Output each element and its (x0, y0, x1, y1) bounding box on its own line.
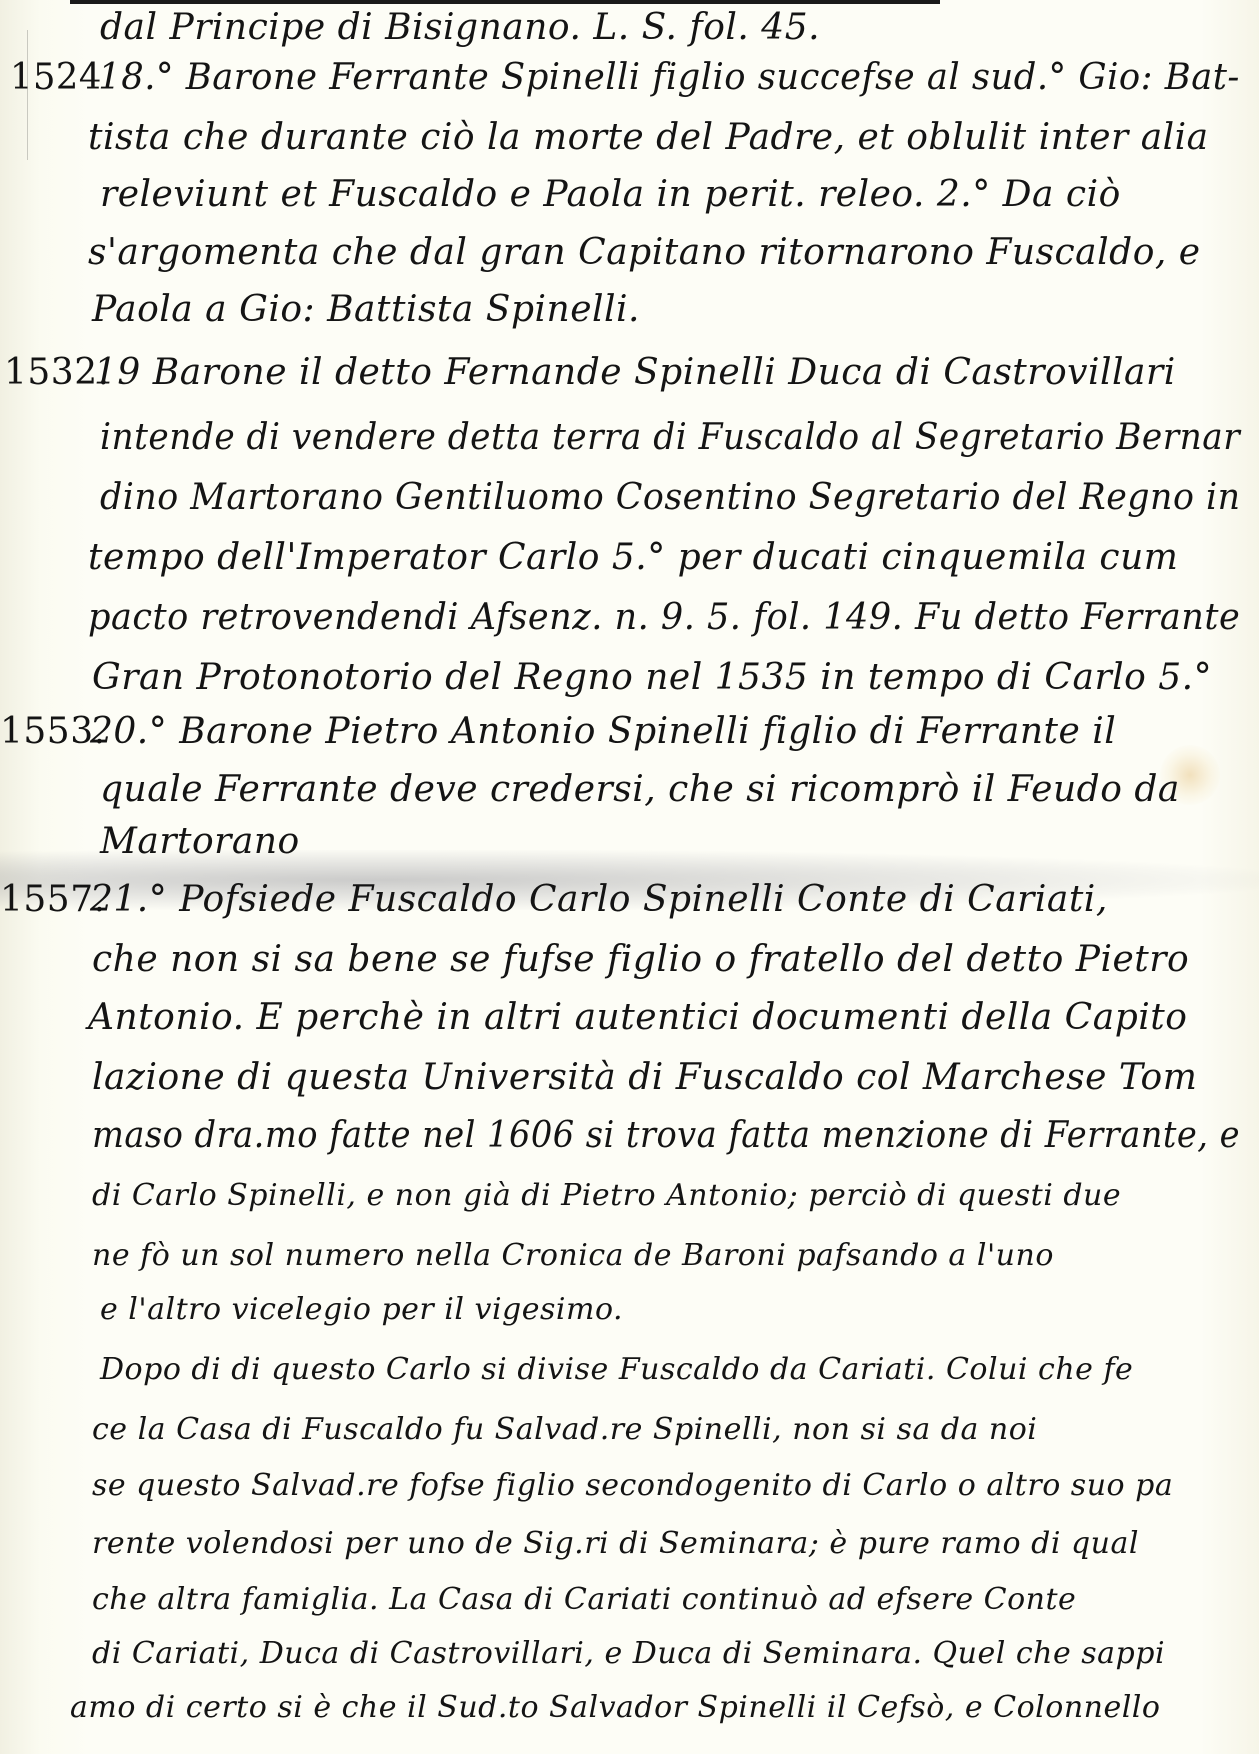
line-text: s'argomenta che dal gran Capitano ritorn… (88, 233, 1201, 273)
line-text: dino Martorano Gentiluomo Cosentino Segr… (100, 478, 1240, 518)
manuscript-line: dal Principe di Bisignano. L. S. fol. 45… (100, 8, 820, 48)
line-text: quale Ferrante deve credersi, che si ric… (100, 770, 1180, 810)
manuscript-line: che altra famiglia. La Casa di Cariati c… (92, 1580, 1076, 1620)
line-text: Antonio. E perchè in altri autentici doc… (88, 998, 1187, 1038)
line-text: rente volendosi per uno de Sig.ri di Sem… (92, 1524, 1139, 1564)
manuscript-line: intende di vendere detta terra di Fuscal… (100, 418, 1240, 458)
manuscript-line: e l'altro vicelegio per il vigesimo. (100, 1290, 623, 1330)
manuscript-page: dal Principe di Bisignano. L. S. fol. 45… (0, 0, 1259, 1754)
manuscript-line: tempo dell'Imperator Carlo 5.° per ducat… (88, 538, 1178, 578)
line-text: intende di vendere detta terra di Fuscal… (100, 418, 1240, 458)
manuscript-line: lazione di questa Università di Fuscaldo… (92, 1058, 1197, 1098)
line-text: Gran Protonotorio del Regno nel 1535 in … (92, 658, 1212, 698)
line-text: tempo dell'Imperator Carlo 5.° per ducat… (88, 538, 1178, 578)
top-border-rule (70, 0, 940, 4)
manuscript-line: 1532.19 Barone il detto Fernande Spinell… (4, 353, 1176, 393)
line-year: 1557. (0, 880, 90, 920)
manuscript-line: Paola a Gio: Battista Spinelli. (92, 290, 640, 330)
manuscript-line: 1553.20.° Barone Pietro Antonio Spinelli… (0, 712, 1116, 752)
line-text: tista che durante ciò la morte del Padre… (88, 118, 1209, 158)
line-year: 1553. (0, 712, 90, 752)
line-text: releviunt et Fuscaldo e Paola in perit. … (100, 175, 1121, 215)
manuscript-line: quale Ferrante deve credersi, che si ric… (100, 770, 1180, 810)
line-text: 20.° Barone Pietro Antonio Spinelli figl… (90, 712, 1116, 752)
line-text: 18.° Barone Ferrante Spinelli figlio suc… (98, 58, 1240, 98)
manuscript-line: che non si sa bene se fufse figlio o fra… (92, 940, 1189, 980)
line-text: Martorano (100, 822, 300, 862)
manuscript-line: ne fò un sol numero nella Cronica de Bar… (92, 1236, 1054, 1276)
line-text: ce la Casa di Fuscaldo fu Salvad.re Spin… (92, 1410, 1037, 1450)
manuscript-line: 1557.21.° Pofsiede Fuscaldo Carlo Spinel… (0, 880, 1108, 920)
line-year: 1524 (10, 58, 98, 98)
line-text: che non si sa bene se fufse figlio o fra… (92, 940, 1189, 980)
manuscript-line: Martorano (100, 822, 300, 862)
manuscript-line: di Cariati, Duca di Castrovillari, e Duc… (92, 1634, 1165, 1674)
manuscript-line: pacto retrovendendi Afsenz. n. 9. 5. fol… (88, 598, 1240, 638)
line-text: che altra famiglia. La Casa di Cariati c… (92, 1580, 1076, 1620)
line-text: Paola a Gio: Battista Spinelli. (92, 290, 640, 330)
manuscript-line: tista che durante ciò la morte del Padre… (88, 118, 1209, 158)
line-text: se questo Salvad.re fofse figlio secondo… (92, 1466, 1173, 1506)
line-text: di Carlo Spinelli, e non già di Pietro A… (92, 1176, 1121, 1216)
manuscript-line: dino Martorano Gentiluomo Cosentino Segr… (100, 478, 1240, 518)
manuscript-line: amo di certo si è che il Sud.to Salvador… (70, 1688, 1160, 1728)
line-text: maso dra.mo fatte nel 1606 si trova fatt… (92, 1116, 1240, 1156)
line-text: 21.° Pofsiede Fuscaldo Carlo Spinelli Co… (90, 880, 1108, 920)
manuscript-line: maso dra.mo fatte nel 1606 si trova fatt… (92, 1116, 1240, 1156)
line-text: dal Principe di Bisignano. L. S. fol. 45… (100, 8, 820, 48)
line-year: 1532. (4, 353, 94, 393)
line-text: pacto retrovendendi Afsenz. n. 9. 5. fol… (88, 598, 1240, 638)
manuscript-line: releviunt et Fuscaldo e Paola in perit. … (100, 175, 1121, 215)
manuscript-line: rente volendosi per uno de Sig.ri di Sem… (92, 1524, 1139, 1564)
line-text: amo di certo si è che il Sud.to Salvador… (70, 1688, 1160, 1728)
manuscript-line: Antonio. E perchè in altri autentici doc… (88, 998, 1187, 1038)
line-text: di Cariati, Duca di Castrovillari, e Duc… (92, 1634, 1165, 1674)
line-text: e l'altro vicelegio per il vigesimo. (100, 1290, 623, 1330)
manuscript-line: s'argomenta che dal gran Capitano ritorn… (88, 233, 1201, 273)
line-text: lazione di questa Università di Fuscaldo… (92, 1058, 1197, 1098)
line-text: Dopo di di questo Carlo si divise Fuscal… (100, 1350, 1133, 1390)
manuscript-line: se questo Salvad.re fofse figlio secondo… (92, 1466, 1173, 1506)
manuscript-line: ce la Casa di Fuscaldo fu Salvad.re Spin… (92, 1410, 1037, 1450)
manuscript-line: Gran Protonotorio del Regno nel 1535 in … (92, 658, 1212, 698)
manuscript-line: Dopo di di questo Carlo si divise Fuscal… (100, 1350, 1133, 1390)
manuscript-line: di Carlo Spinelli, e non già di Pietro A… (92, 1176, 1121, 1216)
line-text: 19 Barone il detto Fernande Spinelli Duc… (94, 353, 1176, 393)
manuscript-line: 152418.° Barone Ferrante Spinelli figlio… (10, 58, 1240, 98)
line-text: ne fò un sol numero nella Cronica de Bar… (92, 1236, 1054, 1276)
